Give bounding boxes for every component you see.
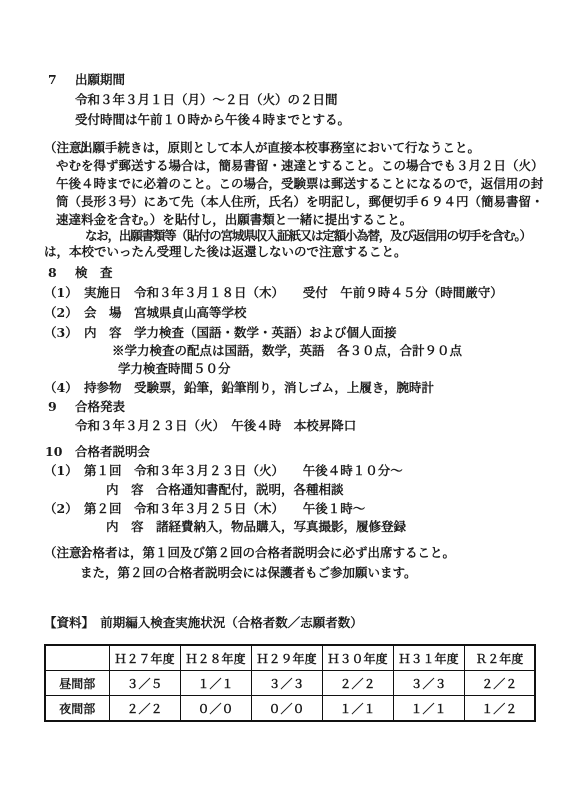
section10-number: 10 [45, 444, 62, 460]
section9-number: 9 [48, 399, 57, 415]
note1-line7: は，本校でいったん受理した後は返還しないので注意すること。 [44, 244, 407, 260]
daytime-r2: ２／２ [464, 671, 535, 696]
section8-item-bring: （4） 持参物 受験票，鉛筆，鉛筆削り，消しゴム，上履き，腕時計 [44, 380, 434, 396]
table-header-r2: Ｒ２年度 [464, 645, 535, 671]
daytime-h27: ３／５ [109, 671, 180, 696]
section7-heading: 出願期間 [75, 72, 125, 88]
daytime-h31: ３／３ [393, 671, 464, 696]
evening-h29: ０／０ [251, 696, 322, 722]
note1-line1: 出願手続きは，原則として本人が直接本校事務室において行なうこと。 [80, 140, 480, 156]
table-header-row: Ｈ２７年度 Ｈ２８年度 Ｈ２９年度 Ｈ３０年度 Ｈ３１年度 Ｒ２年度 [45, 645, 535, 671]
table-header-h28: Ｈ２８年度 [180, 645, 251, 671]
note2-line2: また，第２回の合格者説明会には保護者もご参加願います。 [80, 565, 417, 581]
note1-line5: 速達料金を含む。）を貼付し，出願書類と一緒に提出すること。 [56, 212, 412, 228]
exam-results-table: Ｈ２７年度 Ｈ２８年度 Ｈ２９年度 Ｈ３０年度 Ｈ３１年度 Ｒ２年度 昼間部 ３… [44, 644, 536, 722]
daytime-h29: ３／３ [251, 671, 322, 696]
shiryo-title: 【資料】 前期編入検査実施状況（合格者数／志願者数） [44, 615, 363, 631]
section8-item-content-time: 学力検査時間５０分 [118, 361, 231, 377]
table-row-evening: 夜間部 ２／２ ０／０ ０／０ １／１ １／１ １／２ [45, 696, 535, 722]
table-header-h31: Ｈ３１年度 [393, 645, 464, 671]
section9-line-announcement: 令和３年３月２３日（火） 午後４時 本校昇降口 [75, 418, 356, 434]
section8-item-content-note: ※学力検査の配点は国語，数学，英語 各３０点，合計９０点 [112, 343, 462, 359]
section7-line-hours: 受付時間は午前１０時から午後４時までとする。 [75, 112, 350, 128]
table-header-h30: Ｈ３０年度 [322, 645, 393, 671]
table-corner-cell [45, 645, 109, 671]
daytime-h30: ２／２ [322, 671, 393, 696]
evening-h31: １／１ [393, 696, 464, 722]
table-row-daytime: 昼間部 ３／５ １／１ ３／３ ２／２ ３／３ ２／２ [45, 671, 535, 696]
section10-heading: 合格者説明会 [75, 444, 150, 460]
evening-h30: １／１ [322, 696, 393, 722]
daytime-h28: １／１ [180, 671, 251, 696]
section7-number: 7 [48, 72, 57, 88]
document-page: 7 出願期間 令和３年３月１日（月）～２日（火）の２日間 受付時間は午前１０時か… [0, 0, 565, 800]
section8-heading: 検 査 [75, 265, 113, 281]
section8-number: 8 [48, 265, 57, 281]
note2-line1: 合格者は，第１回及び第２回の合格者説明会に必ず出席すること。 [80, 545, 455, 561]
section7-line-period: 令和３年３月１日（月）～２日（火）の２日間 [75, 92, 338, 108]
evening-h28: ０／０ [180, 696, 251, 722]
note1-line3: 午後４時までに必着のこと。この場合，受験票は郵送することになるので，返信用の封 [56, 176, 543, 192]
section10-item-second: （2） 第２回 令和３年３月２５日（木） 午後１時～ [44, 501, 365, 517]
section10-item-second-content: 内 容 諸経費納入，物品購入，写真撮影，履修登録 [106, 519, 406, 535]
section9-heading: 合格発表 [75, 399, 125, 415]
note1-line4: 筒（長形３号）にあて先（本人住所，氏名）を明記し，郵便切手６９４円（簡易書留・ [56, 194, 544, 210]
section8-item-content: （3） 内 容 学力検査（国語・数学・英語）および個人面接 [44, 325, 396, 341]
note1-emphasis-line: なお，出願書類等（貼付の宮城県収入証紙又は定額小為替，及び返信用の切手を含む。） [85, 228, 531, 244]
table-header-h27: Ｈ２７年度 [109, 645, 180, 671]
row-label-evening: 夜間部 [45, 696, 109, 722]
evening-r2: １／２ [464, 696, 535, 722]
table-header-h29: Ｈ２９年度 [251, 645, 322, 671]
section8-item-date: （1） 実施日 令和３年３月１８日（木） 受付 午前９時４５分（時間厳守） [44, 285, 503, 301]
section10-item-first: （1） 第１回 令和３年３月２３日（火） 午後４時１０分～ [44, 463, 403, 479]
section8-item-venue: （2） 会 場 宮城県貞山高等学校 [44, 305, 246, 321]
row-label-daytime: 昼間部 [45, 671, 109, 696]
evening-h27: ２／２ [109, 696, 180, 722]
section10-item-first-content: 内 容 合格通知書配付，説明，各種相談 [106, 482, 344, 498]
note1-line2: やむを得ず郵送する場合は，簡易書留・速達とすること。この場合でも３月２日（火） [56, 158, 544, 174]
